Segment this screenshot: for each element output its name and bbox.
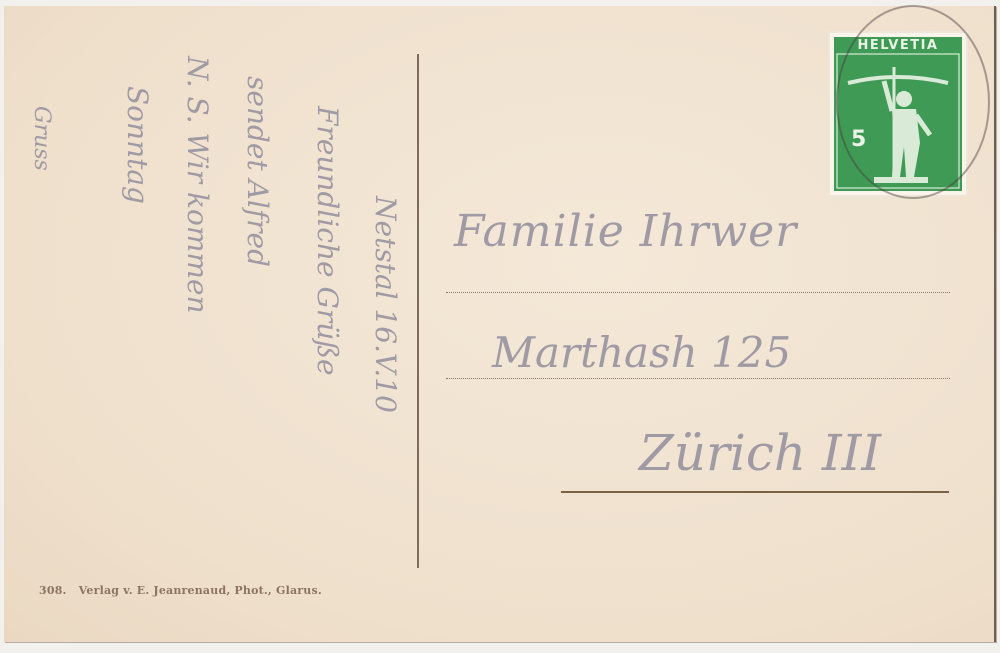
address-line-2	[446, 378, 950, 379]
message-line: Netstal 16.V.10	[369, 196, 402, 413]
address-city: Zürich III	[639, 424, 881, 482]
message-line: sendet Alfred	[241, 76, 274, 267]
address-recipient: Familie Ihrwer	[454, 206, 797, 257]
message-line: Gruss	[29, 106, 54, 171]
center-divider	[417, 54, 419, 568]
message-area: Netstal 16.V.10 Freundliche Grüße sendet…	[4, 6, 414, 566]
address-line-3	[561, 491, 949, 493]
address-line-1	[446, 292, 950, 293]
publisher-imprint: 308. Verlag v. E. Jeanrenaud, Phot., Gla…	[39, 584, 322, 597]
message-line: Sonntag	[121, 86, 154, 204]
message-line: Freundliche Grüße	[311, 106, 344, 376]
address-street: Marthash 125	[492, 328, 791, 377]
message-line: N. S. Wir kommen	[181, 56, 214, 314]
postmark	[836, 5, 990, 199]
